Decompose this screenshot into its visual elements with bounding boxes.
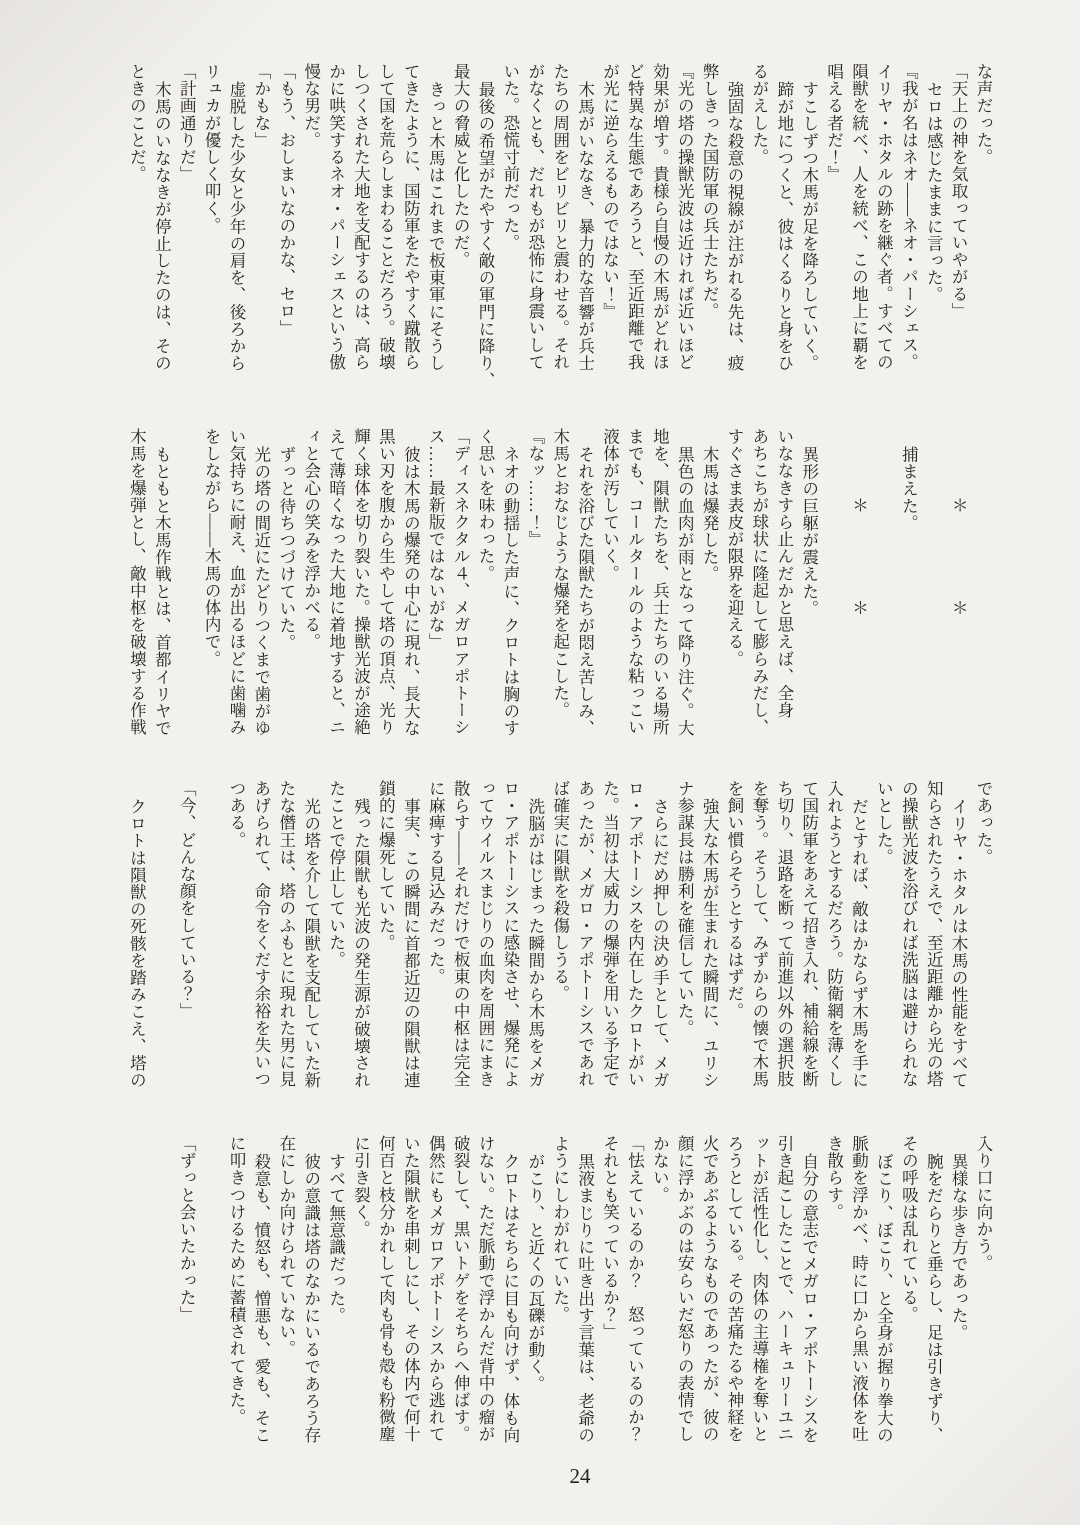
vertical-text-line: たな僭王は、塔のふもとに現れた男に見 bbox=[273, 780, 298, 1088]
vertical-text-line: きっと木馬はこれまで板東軍にそうし bbox=[422, 63, 447, 371]
vertical-text-line: た。当初は大威力の爆弾を用いる予定で bbox=[597, 780, 622, 1088]
vertical-text-line: イリヤ・ホタルの跡を継ぐ者。すべての bbox=[871, 63, 896, 371]
vertical-text-line: 光の塔の間近にたどりつくまで歯がゆ bbox=[248, 428, 273, 736]
vertical-text-line: けない。ただ脈動で浮かんだ背中の瘤が bbox=[472, 1135, 497, 1443]
vertical-text-line: 慢な男だ。 bbox=[298, 63, 323, 149]
vertical-text-line: 強大な木馬が生まれた瞬間に、ユリシ bbox=[696, 780, 721, 1088]
vertical-text-line: つある。 bbox=[223, 780, 248, 848]
vertical-text-line: 効果が増す。貴様ら自慢の木馬がどれほ bbox=[646, 63, 671, 371]
vertical-text-line: 最後の希望がたやすく敵の軍門に降り、 bbox=[472, 63, 497, 388]
vertical-text-line: たことで停止していた。 bbox=[323, 780, 348, 968]
vertical-text-line: しつくされた大地を支配するのは、高ら bbox=[348, 63, 373, 371]
vertical-text-line: ようにしわがれていた。 bbox=[547, 1135, 572, 1323]
vertical-text-line: ど特異な生態であろうと、至近距離で我 bbox=[622, 63, 647, 371]
vertical-text-line: すこしずつ木馬が足を降ろしていく。 bbox=[796, 63, 821, 371]
vertical-text-line: 黒い刃を腹から生やして塔の頂点、光り bbox=[373, 428, 398, 736]
vertical-text-line: い気持ちに耐え、血が出るほどに歯噛み bbox=[223, 428, 248, 736]
vertical-text-line: ずっと待ちつづけていた。 bbox=[273, 428, 298, 651]
vertical-text-line: 蹄が地につくと、彼はくるりと身をひ bbox=[771, 63, 796, 371]
vertical-text-line: ィと会心の笑みを浮かべる。 bbox=[298, 428, 323, 650]
vertical-text-line: もともと木馬作戦とは、首都イリヤで bbox=[148, 428, 173, 736]
vertical-text-line: 異形の巨躯が震えた。 bbox=[796, 428, 821, 617]
vertical-text-line: ネオの動揺した声に、クロトは胸のす bbox=[497, 428, 522, 736]
vertical-text-line: いとした。 bbox=[871, 780, 896, 866]
vertical-text-line: ロ・アポトーシスに感染させ、爆発によ bbox=[497, 780, 522, 1088]
vertical-text-line: ち切り、退路を断って前進以外の選択肢 bbox=[771, 780, 796, 1088]
vertical-text-line: 強固な殺意の視線が注がれる先は、疲 bbox=[721, 63, 746, 371]
vertical-text-line: あちこちが球状に隆起して膨らみだし、 bbox=[746, 428, 771, 736]
vertical-text-line: を奪う。そうして、みずからの懐で木馬 bbox=[746, 780, 771, 1088]
vertical-text-line: 隕獣を統べ、人を統べ、この地上に覇を bbox=[846, 63, 871, 371]
vertical-text-line: 光の塔を介して隕獣を支配していた新 bbox=[298, 780, 323, 1088]
vertical-text-line: 木馬を爆弾とし、敵中枢を破壊する作戦 bbox=[124, 428, 149, 736]
vertical-text-line: な声だった。 bbox=[970, 63, 995, 166]
vertical-text-line: 『光の塔の操獣光波は近ければ近いほど bbox=[671, 63, 696, 371]
vertical-text-line: 「ずっと会いたかった」 bbox=[173, 1135, 198, 1323]
vertical-text-line: て国防軍をあえて招き入れ、補給線を断 bbox=[796, 780, 821, 1088]
vertical-text-line: 殺意も、憤怒も、憎悪も、愛も、そこ bbox=[248, 1135, 273, 1443]
vertical-text-line: その呼吸は乱れている。 bbox=[895, 1135, 920, 1323]
vertical-text-line: 偶然にもメガロアポトーシスから逃れて bbox=[422, 1135, 447, 1443]
vertical-text-line: 地を、隕獣たちを、兵士たちのいる場所 bbox=[646, 428, 671, 736]
vertical-text-line: 火であぶるようなものであったが、彼の bbox=[696, 1135, 721, 1443]
vertical-text-line: 木馬とおなじような爆発を起こした。 bbox=[547, 428, 572, 719]
vertical-text-line: 鎖的に爆死していた。 bbox=[373, 780, 398, 951]
vertical-text-line: く思いを味わった。 bbox=[472, 428, 497, 582]
vertical-text-line: がこり、と近くの瓦礫が動く。 bbox=[522, 1135, 547, 1392]
vertical-text-line: 「計画通りだ」 bbox=[173, 63, 198, 183]
vertical-text-line: であった。 bbox=[970, 780, 995, 866]
vertical-text-line: ットが活性化し、肉体の主導権を奪いと bbox=[746, 1135, 771, 1443]
vertical-text-line: が光に逆らえるものではない！』 bbox=[597, 63, 622, 320]
vertical-text-line: クロトはそちらに目も向けず、体も向 bbox=[497, 1135, 522, 1443]
vertical-text-line: 何百と枝分かれして肉も骨も殻も粉微塵 bbox=[373, 1135, 398, 1443]
vertical-text-line: セロは感じたままに言った。 bbox=[920, 63, 945, 303]
vertical-text-line: 『なッ……！』 bbox=[522, 428, 547, 548]
vertical-text-line: えて薄暗くなった大地に着地すると、ニ bbox=[323, 428, 348, 736]
vertical-text-line: 「ディスネクタル４、メガロアポトーシ bbox=[447, 428, 472, 736]
vertical-text-line: ときのことだ。 bbox=[124, 63, 149, 183]
vertical-text-line: いななきすら止んだかと思えば、全身 bbox=[771, 428, 796, 719]
vertical-text-line: 「天上の神を気取っていやがる」 bbox=[945, 63, 970, 320]
vertical-text-line: 残った隕獣も光波の発生源が破壊され bbox=[348, 780, 373, 1088]
vertical-text-line: に引き裂く。 bbox=[348, 1135, 373, 1238]
vertical-text-line: いた隕獣を串刺しにし、その体内で何十 bbox=[397, 1135, 422, 1443]
novel-page: な声だった。「天上の神を気取っていやがる」セロは感じたままに言った。『我が名はネ… bbox=[0, 0, 1080, 1525]
vertical-text-line: たちの周囲をビリビリと震わせる。それ bbox=[547, 63, 572, 371]
vertical-text-line: すぐさま表皮が限界を迎える。 bbox=[721, 428, 746, 667]
vertical-text-line: を飼い慣らそうとするはずだ。 bbox=[721, 780, 746, 1019]
vertical-text-line: に叩きつけるために蓄積されてきた。 bbox=[223, 1135, 248, 1426]
vertical-text-line: ぼこり、ぼこり、と全身が握り拳大の bbox=[871, 1135, 896, 1443]
vertical-text-line: 入れようとするだろう。防衛網を薄くし bbox=[821, 780, 846, 1088]
vertical-text-line: がなくとも、だれもが恐怖に身震いして bbox=[522, 63, 547, 371]
vertical-text-line: ナ参謀長は勝利を確信していた。 bbox=[671, 780, 696, 1037]
vertical-text-line: ろうとしている。その苦痛たるや神経を bbox=[721, 1135, 746, 1443]
vertical-text-line: 『我が名はネオ――ネオ・パーシェス。 bbox=[895, 63, 920, 371]
vertical-text-line: 「怯えているのか？ 怒っているのか？ bbox=[622, 1135, 647, 1443]
vertical-text-line: 輝く球体を切り裂いた。操獣光波が途絶 bbox=[348, 428, 373, 736]
vertical-text-line: かに哄笑するネオ・パーシェスという傲 bbox=[323, 63, 348, 371]
vertical-text-line: それを浴びた隕獣たちが悶え苦しみ、 bbox=[572, 428, 597, 736]
vertical-text-line: ば確実に隕獣を殺傷しうる。 bbox=[547, 780, 572, 1002]
vertical-text-line: 木馬のいななきが停止したのは、その bbox=[148, 63, 173, 371]
vertical-text-line: 彼は木馬の爆発の中心に現れ、長大な bbox=[397, 428, 422, 736]
scene-break-asterisks: ＊ ＊ bbox=[846, 428, 871, 616]
vertical-text-line: 弊しきった国防軍の兵士たちだ。 bbox=[696, 63, 721, 320]
band-3: であった。イリヤ・ホタルは木馬の性能をすべて知らされたうえで、至近距離から光の塔… bbox=[0, 780, 1080, 1140]
vertical-text-line: リュカが優しく叩く。 bbox=[198, 63, 223, 234]
vertical-text-line: いた。恐慌寸前だった。 bbox=[497, 63, 522, 251]
vertical-text-line: 黒色の血肉が雨となって降り注ぐ。大 bbox=[671, 428, 696, 736]
band-2: ＊ ＊捕まえた。 ＊ ＊異形の巨躯が震えた。いななきすら止んだかと思えば、全身あ… bbox=[0, 428, 1080, 788]
page-number: 24 bbox=[548, 1464, 612, 1489]
vertical-text-line: 在にしか向けられていない。 bbox=[273, 1135, 298, 1357]
vertical-text-line: すべて無意識だった。 bbox=[323, 1135, 348, 1324]
vertical-text-line: 「かもな」 bbox=[248, 63, 273, 149]
vertical-text-line: 知らされたうえで、至近距離から光の塔 bbox=[920, 780, 945, 1088]
vertical-text-line: 虚脱した少女と少年の肩を、後ろから bbox=[223, 63, 248, 371]
vertical-text-line: あったが、メガロ・アポトーシスであれ bbox=[572, 780, 597, 1088]
vertical-text-line: あげられて、命令をくだす余裕を失いつ bbox=[248, 780, 273, 1088]
vertical-text-line: 事実、この瞬間に首都近辺の隕獣は連 bbox=[397, 780, 422, 1088]
vertical-text-line: てきたように、国防軍をたやすく蹴散ら bbox=[397, 63, 422, 371]
vertical-text-line: 最大の脅威と化したのだ。 bbox=[447, 63, 472, 268]
vertical-text-line: き散らす。 bbox=[821, 1135, 846, 1221]
vertical-text-line: 引き起こしたことで、ハーキュリーユニ bbox=[771, 1135, 796, 1443]
vertical-text-line: 液体が汚していく。 bbox=[597, 428, 622, 582]
vertical-text-line: 「もう、おしまいなのかな、セロ」 bbox=[273, 63, 298, 337]
vertical-text-line: 木馬は爆発した。 bbox=[696, 428, 721, 582]
vertical-text-line: 洗脳がはじまった瞬間から木馬をメガ bbox=[522, 780, 547, 1088]
vertical-text-line: 破裂して、黒いトゲをそちらへ伸ばす。 bbox=[447, 1135, 472, 1443]
vertical-text-line: 「今、どんな顔をしている？」 bbox=[173, 780, 198, 1019]
vertical-text-line: かない。 bbox=[646, 1135, 671, 1203]
vertical-text-line: して国を荒らしまわることだろう。破壊 bbox=[373, 63, 398, 371]
vertical-text-line: それとも笑っているか？」 bbox=[597, 1135, 622, 1340]
vertical-text-line: 黒液まじりに吐き出す言葉は、老爺の bbox=[572, 1135, 597, 1443]
vertical-text-line: イリヤ・ホタルは木馬の性能をすべて bbox=[945, 780, 970, 1088]
vertical-text-line: ス……最新版ではないがな」 bbox=[422, 428, 447, 650]
vertical-text-line: 顔に浮かぶのは安らいだ怒りの表情でし bbox=[671, 1135, 696, 1443]
vertical-text-line: クロトは隕獣の死骸を踏みこえ、塔の bbox=[124, 780, 149, 1088]
vertical-text-line: をしながら――木馬の体内で。 bbox=[198, 428, 223, 667]
vertical-text-line: さらにだめ押しの決め手として、メガ bbox=[646, 780, 671, 1088]
scene-break-asterisks: ＊ ＊ bbox=[945, 428, 970, 616]
vertical-text-line: 木馬がいななき、暴力的な音響が兵士 bbox=[572, 63, 597, 371]
vertical-text-line: 自分の意志でメガロ・アポトーシスを bbox=[796, 1135, 821, 1443]
vertical-text-line: 捕まえた。 bbox=[895, 428, 920, 531]
band-4: 入り口に向かう。異様な歩き方であった。腕をだらりと垂らし、足は引きずり、その呼吸… bbox=[0, 1135, 1080, 1495]
vertical-text-line: 散らす――それだけで板東の中枢は完全 bbox=[447, 780, 472, 1088]
vertical-text-line: 異様な歩き方であった。 bbox=[945, 1135, 970, 1341]
vertical-text-line: 脈動を浮かべ、時に口から黒い液体を吐 bbox=[846, 1135, 871, 1443]
band-1: な声だった。「天上の神を気取っていやがる」セロは感じたままに言った。『我が名はネ… bbox=[0, 63, 1080, 423]
vertical-text-line: までも、コールタールのような粘っこい bbox=[622, 428, 647, 736]
vertical-text-line: だとすれば、敵はかならず木馬を手に bbox=[846, 780, 871, 1088]
vertical-text-line: るがえした。 bbox=[746, 63, 771, 166]
vertical-text-line: 彼の意識は塔のなかにいるであろう存 bbox=[298, 1135, 323, 1443]
vertical-text-line: 腕をだらりと垂らし、足は引きずり、 bbox=[920, 1135, 945, 1443]
vertical-text-line: ロ・アポトーシスを内在したクロトがい bbox=[622, 780, 647, 1088]
vertical-text-line: の操獣光波を浴びれば洗脳は避けられな bbox=[895, 780, 920, 1088]
vertical-text-line: ってウイルスまじりの血肉を周囲にまき bbox=[472, 780, 497, 1088]
vertical-text-line: に麻痺する見込みだった。 bbox=[422, 780, 447, 985]
vertical-text-line: 唱える者だ！』 bbox=[821, 63, 846, 183]
vertical-text-line: 入り口に向かう。 bbox=[970, 1135, 995, 1272]
